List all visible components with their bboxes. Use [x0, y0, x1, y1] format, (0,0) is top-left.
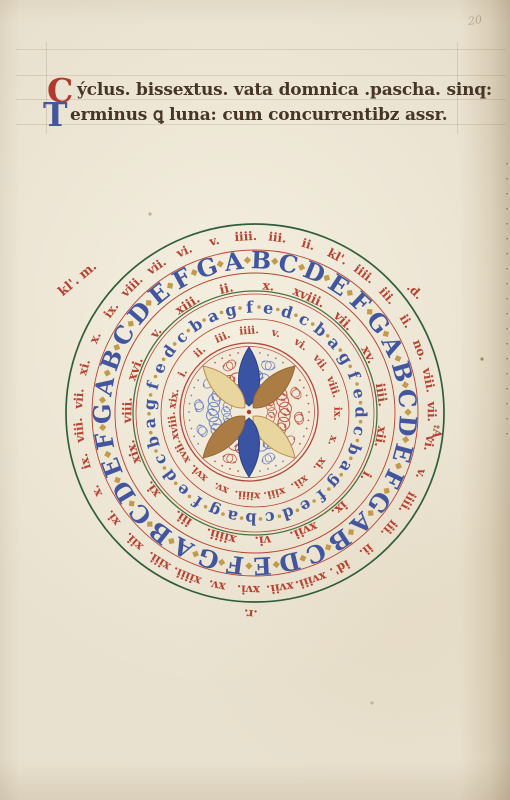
gold-diamond-separator [383, 331, 389, 337]
label-d: .d. [404, 280, 426, 302]
filigree-dot [259, 470, 261, 472]
lunar-number-ring-token: xix. [166, 388, 181, 410]
filigree-dot [229, 468, 231, 470]
manuscript-page: 20 C ýclus. bissextus. vata domnica .pas… [0, 0, 510, 800]
filigree-dot [306, 395, 308, 397]
dominical-letter-ring-token: E [323, 268, 354, 302]
calendar-date-ring-token: xvi. [237, 582, 260, 597]
gold-diamond-separator [368, 510, 374, 516]
filigree-dot [308, 420, 310, 422]
filigree-dot [193, 436, 195, 438]
gold-diamond-separator [325, 544, 331, 550]
ferial-letter-ring-token: e [297, 495, 315, 517]
ferial-letter-ring-token: a [225, 506, 239, 527]
filigree-dot [237, 352, 239, 354]
filigree-dot [303, 436, 305, 438]
gold-dot-separator [257, 305, 261, 309]
gold-dot-separator [339, 348, 343, 352]
filigree-dot [275, 465, 277, 467]
ferial-letter-ring-token: e [149, 359, 171, 376]
ferial-letter-ring-token: f [188, 491, 205, 511]
gold-dot-separator [221, 512, 225, 516]
gold-dot-separator [276, 308, 280, 312]
filigree-dot [188, 411, 190, 413]
lunar-number-ring-token: i. [176, 367, 190, 380]
prick-mark [506, 253, 508, 254]
dominical-letter-ring-token: B [386, 358, 419, 385]
dominical-letter-ring-token: G [87, 403, 116, 424]
filigree-dot [299, 443, 301, 445]
gold-diamond-separator [147, 521, 152, 526]
dominical-letter-ring-token: G [194, 542, 222, 576]
calendar-date-ring-token: xi. [102, 507, 123, 528]
gold-dot-separator [311, 322, 315, 326]
prick-mark [506, 343, 508, 344]
dominical-letter-ring-token: D [392, 414, 423, 437]
gold-diamond-separator [273, 561, 280, 568]
filigree-dot [275, 357, 277, 359]
gold-dot-separator [202, 318, 206, 322]
filigree-dot [282, 362, 284, 364]
filigree-dot [197, 379, 199, 381]
gold-dot-separator [294, 313, 298, 317]
dominical-letter-ring-token: E [386, 440, 419, 465]
prick-mark [506, 418, 508, 419]
gold-diamond-separator [402, 436, 409, 443]
dominical-letter-ring-token: A [168, 531, 199, 566]
golden-number-ring-token: ii. [218, 279, 235, 297]
gold-diamond-separator [245, 562, 252, 569]
lunar-number-ring-token: xviii. [166, 411, 182, 441]
calendar-date-ring-token: ix. [76, 452, 94, 471]
calendar-date-ring-token: xv. [207, 577, 227, 594]
filigree-dot [189, 403, 191, 405]
filigree-dot [189, 420, 191, 422]
rosette-center-dot [247, 410, 251, 414]
ferial-letter-ring-token: d [351, 407, 370, 418]
calendar-date-ring-token: xi. [75, 358, 93, 377]
gold-diamond-separator [395, 463, 402, 470]
golden-number-ring-token: xv. [358, 343, 379, 366]
gold-diamond-separator [99, 396, 106, 403]
gold-dot-separator [349, 457, 353, 461]
calendar-date-ring-token: ix. [101, 300, 122, 321]
golden-number-ring-token: x. [262, 277, 275, 293]
gold-dot-separator [296, 508, 300, 512]
dominical-letter-ring-token: B [94, 345, 128, 374]
prick-mark [506, 358, 508, 359]
gold-dot-separator [259, 517, 263, 521]
prick-mark [506, 373, 508, 374]
lunar-number-ring-token: v. [269, 326, 281, 340]
dominical-letter-ring-token: B [323, 523, 356, 558]
ferial-letter-ring-token: b [245, 509, 257, 528]
calendar-date-ring-token: iii. [376, 284, 398, 307]
golden-number-ring-token: viii. [119, 397, 135, 424]
golden-number-ring-token: xix. [122, 438, 144, 465]
filigree-dot [308, 403, 310, 405]
filigree-dot [229, 354, 231, 356]
dominical-letter-ring-token: G [193, 251, 222, 285]
filigree-dot [197, 443, 199, 445]
gold-dot-separator [278, 514, 282, 518]
lunar-number-ring-token: xiiii. [234, 488, 261, 502]
golden-number-ring-token: i. [358, 469, 376, 484]
filigree-dot [190, 395, 192, 397]
prick-mark [506, 388, 508, 389]
gold-dot-separator [147, 412, 151, 416]
filigree-dot [299, 379, 301, 381]
gold-dot-separator [163, 466, 167, 470]
gold-dot-separator [162, 358, 166, 362]
dominical-letter-ring-token: F [225, 549, 246, 580]
prick-mark [506, 268, 508, 269]
gold-dot-separator [204, 505, 208, 509]
filigree-dot [306, 428, 308, 430]
ferial-letter-ring-token: g [140, 398, 160, 411]
ferial-letter-ring-token: f [246, 297, 255, 316]
gold-diamond-separator [114, 477, 121, 484]
dominical-letter-ring-token: F [377, 465, 411, 493]
filigree-dot [267, 354, 269, 356]
dominical-letter-ring-token: A [375, 330, 410, 361]
prick-mark [506, 328, 508, 329]
computus-wheel-diagram: xi.x.ix.viii.vii.vi.v.iiii.iii.ii.kl'.ii… [0, 0, 510, 800]
gold-diamond-separator [104, 451, 111, 458]
calendar-date-ring-token: ii. [397, 312, 416, 331]
ferial-letter-ring-token: f [344, 368, 365, 382]
central-rosette [180, 343, 318, 481]
dominical-letter-ring-token: C [301, 536, 330, 570]
prick-mark [506, 283, 508, 284]
prick-mark [506, 433, 508, 434]
ferial-letter-ring-token: d [158, 341, 180, 361]
prick-mark [506, 313, 508, 314]
prick-mark [506, 298, 508, 299]
gold-dot-separator [187, 329, 191, 333]
gold-dot-separator [348, 365, 352, 369]
calendar-date-ring-token: iii. [378, 517, 400, 540]
calendar-date-ring-token: viii. [419, 366, 438, 394]
dominical-letter-ring-token: C [392, 388, 423, 410]
gold-dot-separator [149, 393, 153, 397]
filigree-dot [214, 362, 216, 364]
gold-dot-separator [339, 473, 343, 477]
label-r: .r. [243, 606, 258, 621]
gold-dot-separator [240, 516, 244, 520]
gold-dot-separator [312, 499, 316, 503]
ferial-letter-ring-token: g [334, 348, 356, 367]
prick-mark [506, 208, 508, 209]
golden-number-ring-token: iiii. [373, 382, 391, 407]
gold-diamond-separator [271, 258, 278, 265]
gold-dot-separator [174, 482, 178, 486]
filigree-dot [221, 357, 223, 359]
lunar-number-ring-token: iiii. [239, 324, 259, 337]
calendar-date-ring-token: iiii. [234, 229, 257, 244]
ferial-letter-ring-token: e [349, 387, 370, 401]
filigree-dot [303, 387, 305, 389]
gold-dot-separator [154, 449, 158, 453]
filigree-dot [259, 352, 261, 354]
golden-number-ring-token: xviii. [291, 283, 328, 311]
gold-dot-separator [356, 439, 360, 443]
filigree-dot [282, 461, 284, 463]
calendar-date-ring-token: xvii. [266, 579, 295, 597]
gold-dot-separator [359, 401, 363, 405]
ferial-letter-ring-token: c [149, 451, 170, 468]
ferial-letter-ring-token: c [296, 309, 314, 330]
gold-dot-separator [220, 311, 224, 315]
calendar-date-ring-token: vii. [425, 401, 439, 422]
dominical-letter-ring-token: E [143, 277, 175, 311]
calendar-date-ring-token: vi. [173, 241, 194, 261]
dominical-letter-ring-token: E [253, 551, 273, 581]
ferial-letter-ring-token: g [223, 299, 238, 320]
gold-dot-separator [154, 375, 158, 379]
ferial-letter-ring-token: a [204, 305, 221, 327]
golden-number-ring-token: xiii. [172, 291, 202, 318]
gold-diamond-separator [192, 551, 199, 558]
gold-diamond-separator [347, 290, 353, 296]
dominical-letter-ring-token: G [361, 306, 397, 340]
gold-dot-separator [238, 306, 242, 310]
gold-diamond-separator [217, 260, 224, 267]
gold-dot-separator [355, 382, 359, 386]
lunar-number-ring-token: x. [325, 434, 340, 447]
ferial-letter-ring-token: e [262, 298, 275, 318]
prick-mark [506, 403, 508, 404]
gold-dot-separator [327, 487, 331, 491]
prick-mark [506, 163, 508, 164]
filigree-dot [237, 470, 239, 472]
dominical-letter-ring-token: E [95, 454, 129, 481]
filigree-dot [267, 468, 269, 470]
calendar-date-ring-token: v. [413, 466, 430, 481]
calendar-date-ring-token: ii. [300, 236, 317, 253]
parchment-speck [480, 357, 483, 360]
ferial-letter-ring-token: b [142, 434, 163, 450]
lunar-number-ring-token: xv. [212, 480, 231, 497]
ferial-letter-ring-token: c [264, 508, 277, 528]
gold-dot-separator [188, 495, 192, 499]
lunar-number-ring-token: xiii. [262, 485, 286, 502]
ferial-letter-ring-token: c [349, 425, 369, 438]
prick-mark [506, 193, 508, 194]
golden-number-ring-token: vi. [254, 533, 272, 549]
filigree-dot [214, 461, 216, 463]
ferial-letter-ring-token: d [279, 301, 295, 322]
lunar-number-ring-token: viii. [324, 374, 343, 399]
golden-number-ring-token: xii. [372, 425, 391, 449]
filigree-dot [221, 465, 223, 467]
filigree-dot [190, 428, 192, 430]
lunar-number-ring-token: vii. [310, 352, 331, 374]
lunar-number-ring-token: vi. [291, 335, 310, 353]
dominical-letter-ring-token: F [167, 262, 196, 296]
calendar-date-ring-token: iii. [268, 230, 287, 246]
ferial-letter-ring-token: a [140, 417, 160, 429]
gold-dot-separator [173, 342, 177, 346]
calendar-date-ring-token: v. [207, 233, 221, 249]
ferial-letter-ring-token: a [335, 457, 357, 476]
label-kalendas-maii: kl'. m. [56, 259, 100, 300]
calendar-date-ring-token: x. [87, 483, 105, 499]
prick-mark [506, 238, 508, 239]
lunar-number-ring-token: iii. [213, 329, 232, 346]
filigree-dot [308, 411, 310, 413]
calendar-date-ring-token: viii. [71, 417, 87, 444]
dominical-letter-ring-token: B [250, 245, 271, 275]
ferial-letter-ring-token: b [186, 314, 206, 336]
gold-diamond-separator [167, 283, 173, 289]
calendar-date-ring-token: id'. [327, 557, 352, 579]
gold-dot-separator [149, 431, 153, 435]
calendar-date-ring-token: ii. [357, 541, 376, 560]
lunar-number-ring-token: xi. [310, 455, 328, 473]
gold-diamond-separator [324, 275, 330, 281]
gold-diamond-separator [146, 300, 151, 305]
filigree-dot [193, 387, 195, 389]
ferial-letter-ring-token: f [143, 379, 163, 392]
calendar-date-ring-token: x. [86, 329, 104, 345]
gold-diamond-separator [402, 381, 409, 388]
ferial-letter-ring-token: g [205, 500, 223, 522]
golden-number-ring-token: xi. [141, 478, 163, 500]
ferial-letter-ring-token: b [344, 441, 366, 458]
prick-mark [506, 223, 508, 224]
gold-dot-separator [359, 420, 363, 424]
parchment-speck [436, 425, 439, 428]
calendar-date-ring-token: vii. [71, 388, 87, 410]
parchment-speck [148, 212, 151, 215]
ferial-letter-ring-token: d [280, 503, 297, 525]
prick-mark [506, 178, 508, 179]
dominical-letter-ring-token: D [299, 255, 329, 290]
gold-dot-separator [326, 334, 330, 338]
lunar-number-ring-token: xii. [289, 472, 311, 492]
dominical-letter-ring-token: D [106, 476, 142, 509]
parchment-speck [370, 701, 373, 704]
lunar-number-ring-token: ix. [331, 407, 343, 421]
